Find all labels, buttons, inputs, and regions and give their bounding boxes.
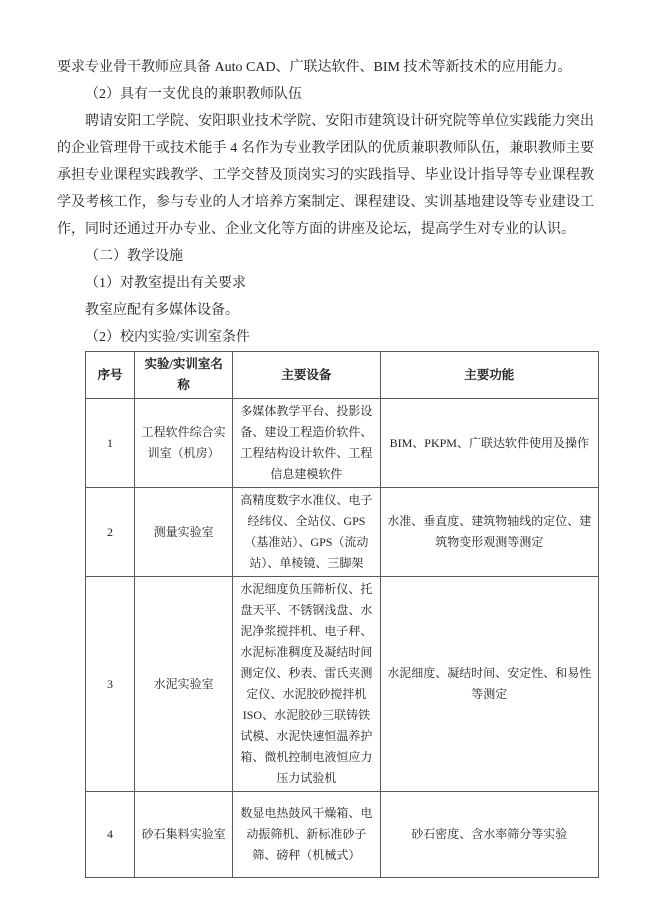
cell-equipment: 水泥细度负压筛析仪、托盘天平、不锈钢浅盘、水泥净浆搅拌机、电子秤、水泥标准稠度及… [233, 577, 380, 792]
paragraph: （2）具有一支优良的兼职教师队伍 [57, 81, 594, 108]
cell-index: 1 [86, 399, 135, 488]
cell-index: 2 [86, 488, 135, 577]
paragraph: 教室应配有多媒体设备。 [57, 297, 594, 324]
header-cell-index: 序号 [86, 352, 135, 399]
cell-room-name: 测量实验室 [135, 488, 233, 577]
table-row: 3 水泥实验室 水泥细度负压筛析仪、托盘天平、不锈钢浅盘、水泥净浆搅拌机、电子秤… [86, 577, 599, 792]
table-row: 2 测量实验室 高精度数字水准仪、电子经纬仪、全站仪、GPS（基准站）、GPS（… [86, 488, 599, 577]
sub-heading: （2）校内实验/实训室条件 [57, 324, 594, 351]
header-cell-room-name: 实验/实训室名称 [135, 352, 233, 399]
cell-room-name: 砂石集料实验室 [135, 792, 233, 878]
cell-equipment: 多媒体教学平台、投影设备、建设工程造价软件、工程结构设计软件、工程信息建模软件 [233, 399, 380, 488]
cell-room-name: 水泥实验室 [135, 577, 233, 792]
cell-index: 4 [86, 792, 135, 878]
header-cell-equipment: 主要设备 [233, 352, 380, 399]
labs-table: 序号 实验/实训室名称 主要设备 主要功能 1 工程软件综合实训室（机房） 多媒… [85, 351, 599, 878]
table-row: 1 工程软件综合实训室（机房） 多媒体教学平台、投影设备、建设工程造价软件、工程… [86, 399, 599, 488]
section-heading: （二）教学设施 [57, 243, 594, 270]
cell-function: BIM、PKPM、广联达软件使用及操作 [380, 399, 598, 488]
cell-function: 水准、垂直度、建筑物轴线的定位、建筑物变形观测等测定 [380, 488, 598, 577]
cell-room-name: 工程软件综合实训室（机房） [135, 399, 233, 488]
cell-equipment: 高精度数字水准仪、电子经纬仪、全站仪、GPS（基准站）、GPS（流动站）、单棱镜… [233, 488, 380, 577]
cell-equipment: 数显电热鼓风干燥箱、电动振筛机、新标准砂子筛、磅秤（机械式） [233, 792, 380, 878]
sub-heading: （1）对教室提出有关要求 [57, 270, 594, 297]
document-page: 要求专业骨干教师应具备 Auto CAD、广联达软件、BIM 技术等新技术的应用… [0, 0, 650, 919]
paragraph: 聘请安阳工学院、安阳职业技术学院、安阳市建筑设计研究院等单位实践能力突出的企业管… [57, 108, 594, 243]
table-row: 4 砂石集料实验室 数显电热鼓风干燥箱、电动振筛机、新标准砂子筛、磅秤（机械式）… [86, 792, 599, 878]
table-header-row: 序号 实验/实训室名称 主要设备 主要功能 [86, 352, 599, 399]
paragraph: 要求专业骨干教师应具备 Auto CAD、广联达软件、BIM 技术等新技术的应用… [57, 54, 594, 81]
header-cell-function: 主要功能 [380, 352, 598, 399]
body-text-block: 要求专业骨干教师应具备 Auto CAD、广联达软件、BIM 技术等新技术的应用… [57, 54, 594, 351]
cell-function: 水泥细度、凝结时间、安定性、和易性等测定 [380, 577, 598, 792]
cell-function: 砂石密度、含水率筛分等实验 [380, 792, 598, 878]
cell-index: 3 [86, 577, 135, 792]
